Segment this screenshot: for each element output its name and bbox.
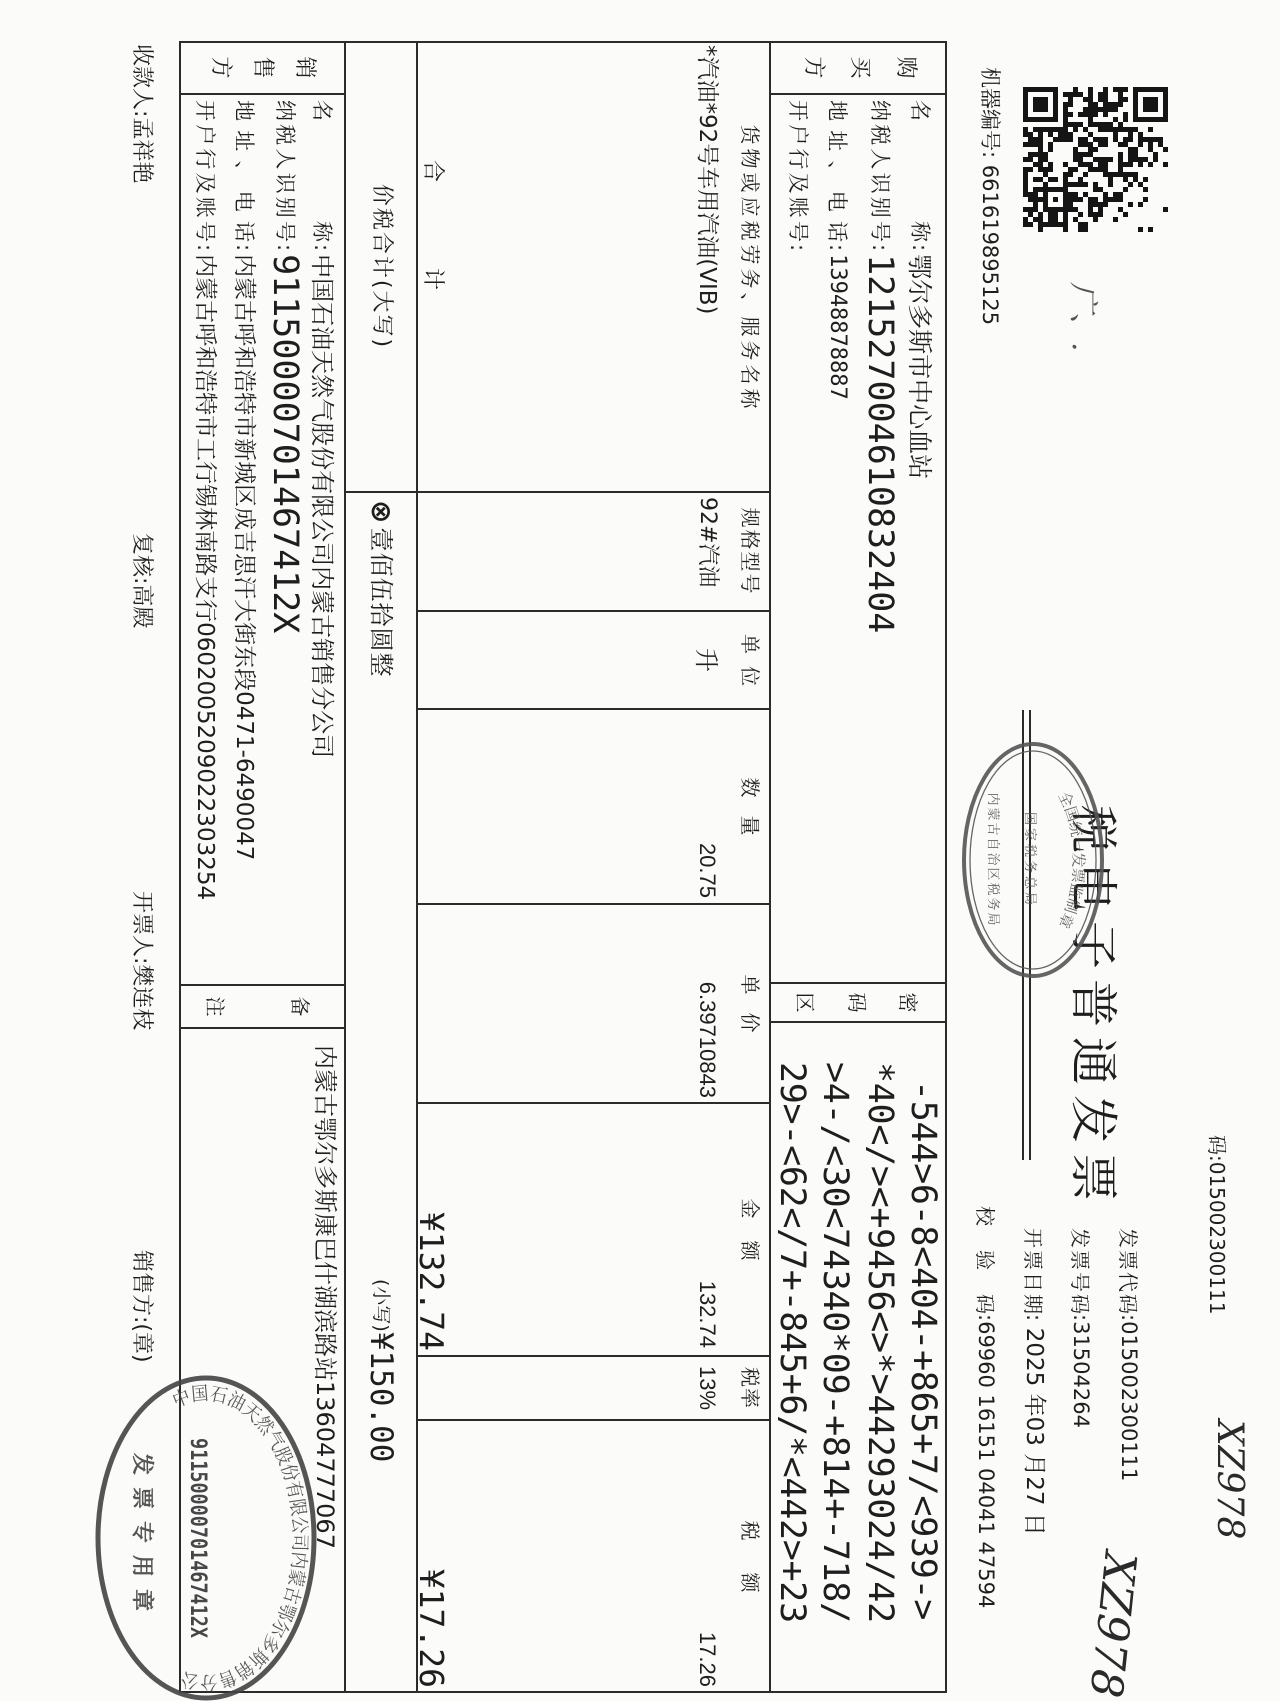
item-unit: 升 [694,611,718,709]
cipher-row: >4-/<30<74340*09-+814+-718/ [817,1062,852,1623]
buyer-address-phone: 13948878887 [826,254,848,400]
seller-bank-account: 内蒙古呼和浩特市工行锡林南路支行0602005209022303254 [194,254,217,900]
buyer-label-char: 方 [802,41,824,94]
stamp-arc-text: 全国统一发票监制章 [1054,789,1087,931]
seller-address-row: 地址、电话:内蒙古呼和浩特市新城区成吉思汗大街东段0471-6490047 [230,100,258,860]
reviewer: 复核:高殿 [130,533,152,628]
cipher-label-char: 区 [795,976,815,1029]
buyer-name-label: 名称 [910,100,931,242]
seller-taxid-label: 纳税人识别号 [275,100,296,242]
reviewer-name: 高殿 [129,584,154,628]
payee-label: 收款人: [129,44,154,117]
issuer-label: 开票人: [129,891,154,964]
buyer-taxid-label: 纳税人识别号 [870,100,891,242]
machine-number-value: 661619895125 [978,165,1002,325]
payee-name: 孟祥艳 [129,117,154,183]
grand-total-uppercase-wrap: ⊗ 壹佰伍拾圆整 [367,500,395,677]
buyer-taxid-row: 纳税人识别号:121527004610832404 [866,100,894,633]
buyer-taxid: 121527004610832404 [863,254,898,633]
colon: : [275,242,296,254]
cross-circle-icon: ⊗ [367,500,395,523]
colon: : [975,1314,996,1321]
invoice-page: 机器编号: 661619895125 广、. 税电子普通发票 全国统一发票监制章… [0,0,1280,1701]
payee: 收款人:孟祥艳 [130,44,152,183]
item-spec: 92#汽油 [696,497,718,587]
issuer: 开票人:樊连枝 [130,891,152,1030]
colon: : [788,242,809,254]
col-header-tax: 税额 [740,1420,760,1693]
handwritten-note-1: XZ978 [1211,1420,1247,1539]
qr-code [1023,87,1168,232]
colon: : [910,242,931,254]
colon: : [234,242,255,254]
issue-date-value: 2025 年03 月27 日 [1022,1328,1045,1536]
grand-total-label: 价税合计(大写) [370,41,392,492]
seller-seal-label: 销售方:(章) [130,1250,152,1363]
buyer-bank-label: 开户行及账号 [788,100,809,242]
rule-total-bottom [344,41,346,1693]
total-label: 合计 [421,160,443,290]
rule-buyer-bottom [769,41,771,1693]
stamp-arc-textpath: 全国统一发票监制章 [1054,789,1087,931]
seller-taxid: 91150000701467412X [268,254,303,633]
invoice-code-value: 015002300111 [1118,1321,1139,1481]
stamp-line1: 国家税务总局 [1022,812,1037,908]
issue-date-label: 开票日期 [1024,1228,1044,1314]
seller-label-char: 方 [209,41,231,94]
reviewer-label: 复核: [129,533,154,584]
remarks-label-char: 注 [205,980,225,1033]
colon: : [195,242,216,254]
colon: : [978,151,1002,158]
buyer-name-row: 名称:鄂尔多斯市中心血站 [906,100,934,479]
rule-remarks-left [179,984,345,986]
colon: : [870,242,891,254]
grand-total-lowercase-label: (小写) [371,1279,390,1332]
seller-name: 中国石油天然气股份有限公司内蒙古销售分公司 [310,254,334,758]
item-quantity: 20.75 [696,709,718,898]
seller-stamp-taxid: 91150000701467412X [185,1438,210,1638]
remarks-label-char: 备 [290,980,310,1033]
col-header-name: 货物或应税劳务、服务名称 [740,41,760,492]
buyer-address-row: 地址、电话:13948878887 [823,100,851,400]
total-tax: ¥17.26 [415,1420,448,1688]
total-amount: ¥132.74 [415,1103,448,1351]
seller-address-label: 地址、电话 [234,100,255,242]
rule-col-name [345,491,770,493]
grand-total-uppercase: 壹佰伍拾圆整 [369,527,393,677]
invoice-number: 发票号码:31504264 [1070,1228,1091,1428]
seller-label-char: 销 [293,41,315,94]
seller-label-char: 售 [251,41,273,94]
invoice-code-partial: 码:015002300111 [1207,1135,1227,1314]
colon: : [827,242,848,254]
col-header-unit-price: 单价 [740,904,760,1103]
col-header-tax-rate: 税率 [740,1356,760,1420]
invoice-code-label: 发票代码 [1119,1228,1139,1314]
machine-number: 机器编号: 661619895125 [979,67,1000,325]
colon: : [312,242,333,254]
seller-stamp-bottom: 发票专用章 [129,1453,155,1623]
seller-bank-label: 开户行及账号 [195,100,216,242]
cipher-row: -544>6-8<404-+865+7/<939-> [905,1080,940,1620]
rule-remarks-label-right [179,1027,345,1029]
seller-taxid-row: 纳税人识别号:91150000701467412X [271,100,299,633]
invoice-number-value: 31504264 [1070,1321,1091,1428]
item-name: *汽油*92号车用汽油(VIB) [695,45,718,315]
buyer-address-label: 地址、电话 [827,100,848,242]
col-header-amount: 金额 [740,1103,760,1356]
grand-total-lowercase-wrap: (小写) ¥150.00 [365,1279,396,1462]
seller-bank-row: 开户行及账号:内蒙古呼和浩特市工行锡林南路支行06020052090223032… [191,100,219,900]
check-code: 校验码:69960 16151 04041 47594 [975,1206,996,1608]
machine-number-label: 机器编号 [978,67,1002,151]
colon: : [1118,1314,1139,1321]
buyer-name: 鄂尔多斯市中心血站 [908,254,933,479]
buyer-label-char: 买 [848,41,870,94]
col-header-unit: 单位 [740,611,760,709]
seller-name-label: 名称 [312,100,333,242]
item-tax: 17.26 [696,1420,718,1687]
col-header-spec: 规格型号 [740,492,760,611]
check-code-label: 校验码 [976,1206,996,1314]
handwritten-note-2: XZ978 [1082,1550,1141,1700]
colon: : [1070,1314,1091,1321]
seller-name-row: 名称:中国石油天然气股份有限公司内蒙古销售分公司 [308,100,336,758]
cipher-row: *40</><+9456<>*>44293024/42 [862,1062,897,1623]
seller-address-phone: 内蒙古呼和浩特市新城区成吉思汗大街东段0471-6490047 [233,254,256,860]
buyer-bank-row: 开户行及账号: [784,100,812,254]
item-tax-rate: 13% [696,1356,718,1420]
item-amount: 132.74 [696,1103,718,1348]
grand-total-lowercase: ¥150.00 [365,1332,396,1463]
total-label-wrap: 合计 [421,160,443,290]
col-header-quantity: 数量 [740,709,760,904]
buyer-label-char: 购 [894,41,916,94]
handwritten-scribble: 广、. [1067,282,1097,352]
national-supervision-stamp: 全国统一发票监制章 国家税务总局 内蒙古自治区税务局 [960,740,1106,980]
cipher-label-char: 密 [898,976,918,1029]
check-code-value: 69960 16151 04041 47594 [975,1321,996,1608]
invoice-code: 发票代码:015002300111 [1118,1228,1139,1481]
stamp-line2: 内蒙古自治区税务局 [985,792,1001,927]
invoice-number-label: 发票号码 [1071,1228,1091,1314]
issue-date: 开票日期: 2025 年03 月27 日 [1022,1228,1045,1536]
cipher-row: 29>-<62</7+-845+6/*<442>+23 [774,1062,809,1623]
seller-invoice-stamp: 中国石油天然气股份有限公司内蒙古鄂尔多斯销售分公司 91150000701467… [93,1373,319,1701]
issuer-name: 樊连枝 [129,964,154,1030]
colon: : [1023,1314,1044,1321]
cipher-label-char: 码 [847,976,867,1029]
item-unit-price: 6.39710843 [696,904,718,1098]
